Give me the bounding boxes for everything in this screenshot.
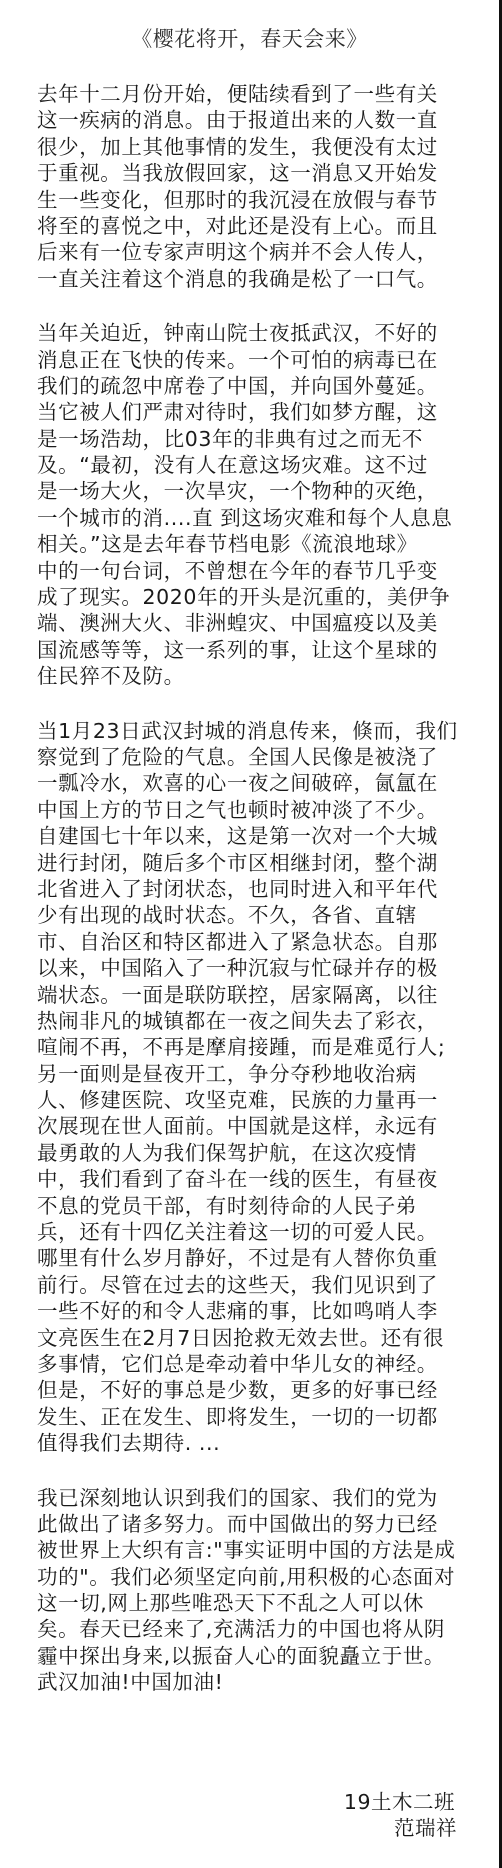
signature-author: 范瑞祥: [344, 1815, 457, 1841]
document-title: 《樱花将开，春天会来》: [0, 26, 499, 52]
paragraph: 去年十二月份开始，便陆续看到了一些有关这一疾病的消息。由于报道出来的人数一直很少…: [37, 81, 457, 292]
text-line: 值得我们去期待. ...: [37, 1430, 457, 1456]
text-line: 另一面则是昼夜开工，争分夺秒地收治病: [37, 1061, 457, 1087]
text-line: 前行。尽管在过去的这些天，我们见识到了: [37, 1272, 457, 1298]
text-line: 兵，还有十四亿关注着这一切的可爱人民。: [37, 1219, 457, 1245]
text-line: 成了现实。2020年的开头是沉重的，美伊争: [37, 584, 457, 610]
signature-block: 19土木二班 范瑞祥: [344, 1789, 455, 1842]
text-line: 及。“最初，没有人在意这场灾难。这不过: [37, 452, 457, 478]
text-line: 一瓢冷水，欢喜的心一夜之间破碎，氤氲在: [37, 770, 457, 796]
text-line: 一直关注着这个消息的我确是松了一口气。: [37, 266, 457, 292]
text-line: 市、自治区和特区都进入了紧急状态。自那: [37, 929, 457, 955]
text-line: 此做出了诸多努力。而中国做出的努力已经: [37, 1511, 457, 1537]
text-line: 最勇敢的人为我们保驾护航，在这次疫情: [37, 1140, 457, 1166]
text-line: 哪里有什么岁月静好，不过是有人替你负重: [37, 1245, 457, 1271]
text-line: 中国上方的节日之气也顿时被冲淡了不少。: [37, 797, 457, 823]
text-line: 国流感等等，这一系列的事，让这个星球的: [37, 637, 457, 663]
text-line: 于重视。当我放假回家，这一消息又开始发: [37, 160, 457, 186]
text-line: 北省进入了封闭状态，也同时进入和平年代: [37, 876, 457, 902]
text-line: 中，我们看到了奋斗在一线的医生，有昼夜: [37, 1166, 457, 1192]
text-line: 以来，中国陷入了一种沉寂与忙碌并存的极: [37, 955, 457, 981]
text-line: 进行封闭，随后多个市区相继封闭，整个湖: [37, 850, 457, 876]
document-body: 去年十二月份开始，便陆续看到了一些有关这一疾病的消息。由于报道出来的人数一直很少…: [37, 81, 457, 1724]
paragraph: 当年关迫近，钟南山院士夜抵武汉，不好的消息正在飞快的传来。一个可怕的病毒已在我们…: [37, 320, 457, 689]
paragraph: 我已深刻地认识到我们的国家、我们的党为此做出了诸多努力。而中国做出的努力已经被世…: [37, 1485, 457, 1696]
text-line: 一个城市的消....直 到这场灾难和每个人息息: [37, 505, 457, 531]
text-line: 这一切,网上那些唯恐天下不乱之人可以休: [37, 1590, 457, 1616]
paragraph: 当1月23日武汉封城的消息传来，倏而，我们察觉到了危险的气息。全国人民像是被浇了…: [37, 718, 457, 1457]
text-line: 中的一句台词，不曾想在今年的春节几乎变: [37, 558, 457, 584]
text-line: 消息正在飞快的传来。一个可怕的病毒已在: [37, 347, 457, 373]
text-line: 当它被人们严肃对待时，我们如梦方醒，这: [37, 399, 457, 425]
text-line: 很少，加上其他事情的发生，我便没有太过: [37, 134, 457, 160]
text-line: 生一些变化，但那时的我沉浸在放假与春节: [37, 187, 457, 213]
text-line: 霾中探出身来,以振奋人心的面貌矗立于世。: [37, 1643, 457, 1669]
text-line: 将至的喜悦之中，对此还是没有上心。而且: [37, 213, 457, 239]
text-line: 被世界上大织有言:"事实证明中国的方法是成: [37, 1537, 457, 1563]
text-line: 自建国七十年以来，这是第一次对一个大城: [37, 823, 457, 849]
text-line: 是一场浩劫，比03年的非典有过之而无不: [37, 426, 457, 452]
text-line: 去年十二月份开始，便陆续看到了一些有关: [37, 81, 457, 107]
text-line: 是一场大火，一次旱灾，一个物种的灭绝，: [37, 478, 457, 504]
text-line: 相关。”这是去年春节档电影《流浪地球》: [37, 531, 457, 557]
text-line: 我已深刻地认识到我们的国家、我们的党为: [37, 1485, 457, 1511]
text-line: 多事情，它们总是牵动着中华儿女的神经。: [37, 1351, 457, 1377]
text-line: 不息的党员干部，有时刻待命的人民子弟: [37, 1193, 457, 1219]
text-line: 人、修建医院、攻坚克难，民族的力量再一: [37, 1087, 457, 1113]
text-line: 次展现在世人面前。中国就是这样，永远有: [37, 1113, 457, 1139]
text-line: 但是，不好的事总是少数，更多的好事已经: [37, 1377, 457, 1403]
text-line: 文亮医生在2月7日因抢救无效去世。还有很: [37, 1325, 457, 1351]
text-line: 端状态。一面是联防联控，居家隔离，以往: [37, 982, 457, 1008]
text-line: 一些不好的和令人悲痛的事，比如鸣哨人李: [37, 1298, 457, 1324]
text-line: 察觉到了危险的气息。全国人民像是被浇了: [37, 744, 457, 770]
text-line: 武汉加油!中国加油!: [37, 1669, 457, 1695]
text-line: 端、澳洲大火、非洲蝗灾、中国瘟疫以及美: [37, 610, 457, 636]
text-line: 住民猝不及防。: [37, 663, 457, 689]
signature-class: 19土木二班: [344, 1789, 455, 1815]
text-line: 这一疾病的消息。由于报道出来的人数一直: [37, 107, 457, 133]
text-line: 当1月23日武汉封城的消息传来，倏而，我们: [37, 718, 457, 744]
text-line: 我们的疏忽中席卷了中国，并向国外蔓延。: [37, 373, 457, 399]
text-line: 少有出现的战时状态。不久，各省、直辖: [37, 902, 457, 928]
text-line: 喧闹不再，不再是摩肩接踵，而是难觅行人;: [37, 1034, 457, 1060]
document-page: 《樱花将开，春天会来》 去年十二月份开始，便陆续看到了一些有关这一疾病的消息。由…: [0, 0, 499, 1868]
text-line: 当年关迫近，钟南山院士夜抵武汉，不好的: [37, 320, 457, 346]
text-line: 矣。春天已经来了,充满活力的中国也将从阴: [37, 1616, 457, 1642]
text-line: 发生、正在发生、即将发生，一切的一切都: [37, 1404, 457, 1430]
text-line: 功的"。我们必须坚定向前,用积极的心态面对: [37, 1564, 457, 1590]
text-line: 热闹非凡的城镇都在一夜之间失去了彩衣，: [37, 1008, 457, 1034]
text-line: 后来有一位专家声明这个病并不会人传人，: [37, 239, 457, 265]
